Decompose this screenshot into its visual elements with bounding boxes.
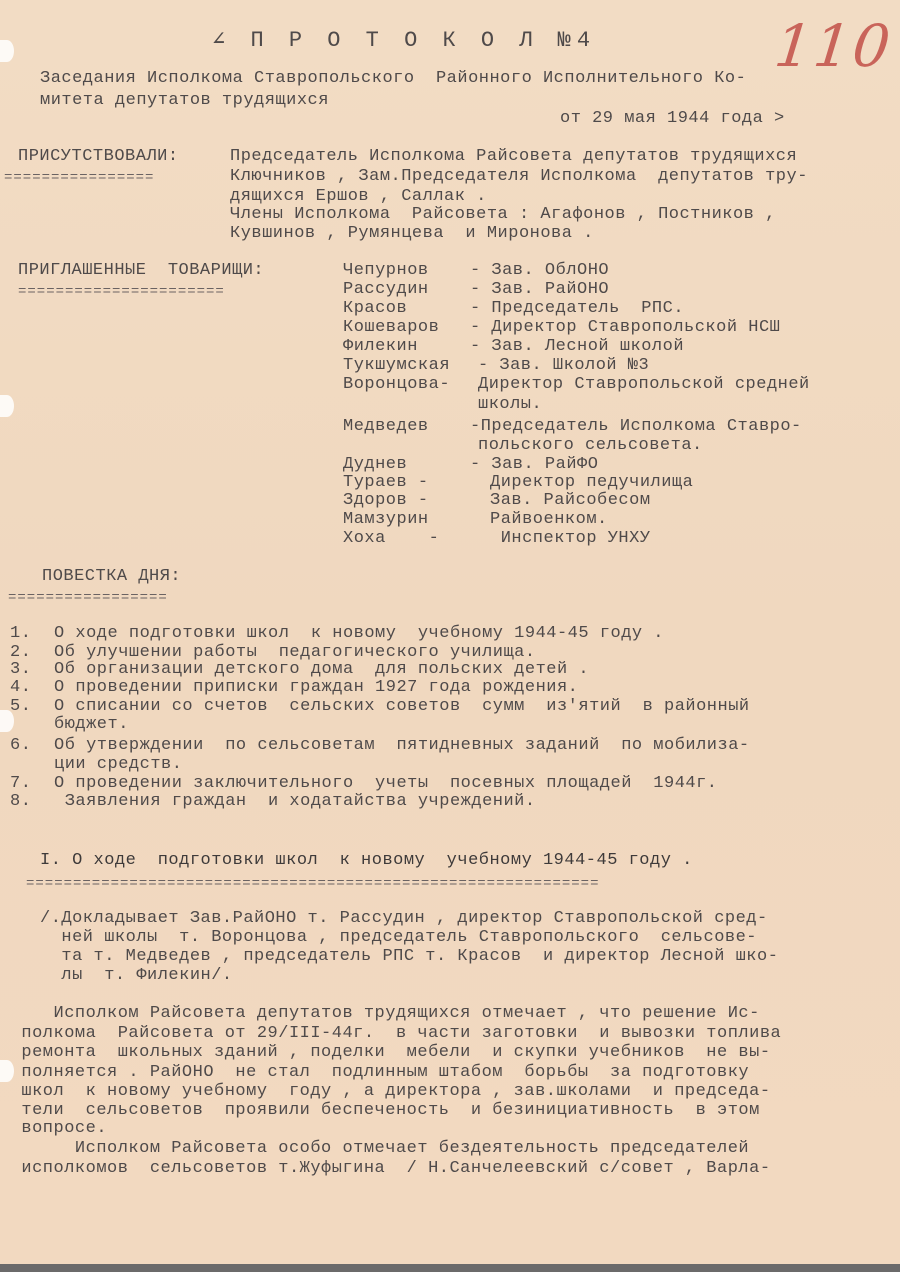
invited-name: Медведев: [343, 418, 429, 436]
invited-name: Здоров -: [343, 492, 429, 510]
paragraph-line: ремонта школьных зданий , поделки мебели…: [0, 1044, 771, 1062]
subtitle-line: Заседания Исполкома Ставропольского Райо…: [40, 70, 746, 88]
folio-number: 110: [771, 12, 895, 80]
paragraph-line: Исполком Райсовета депутатов трудящихся …: [0, 1005, 760, 1023]
invited-role: - Директор Ставропольской НСШ: [470, 319, 780, 337]
agenda-item: О списании со счетов сельских советов су…: [54, 698, 750, 716]
section-heading: I. О ходе подготовки школ к новому учебн…: [40, 852, 693, 870]
invited-name: Чепурнов: [343, 262, 429, 280]
paragraph-line: школ к новому учебному году , а директор…: [0, 1083, 771, 1101]
invited-name: Хоха -: [343, 530, 439, 548]
invited-role-cont: школы.: [478, 396, 542, 414]
agenda-underline: =================: [8, 592, 168, 604]
punch-hole: [0, 40, 14, 62]
invited-role: Инспектор УНХУ: [490, 530, 651, 548]
agenda-item-number: 8.: [10, 793, 31, 811]
agenda-item-number: 1.: [10, 625, 31, 643]
invited-role: - Зав. Школой №3: [478, 357, 649, 375]
invited-name: Воронцова-: [343, 376, 450, 394]
invited-role: -Председатель Исполкома Ставро-: [470, 418, 802, 436]
present-line: дящихся Ершов , Саллак .: [230, 188, 487, 206]
invited-role: - Зав. Лесной школой: [470, 338, 684, 356]
agenda-item: Заявления граждан и ходатайства учрежден…: [54, 793, 536, 811]
present-line: Члены Исполкома Райсовета : Агафонов , П…: [230, 206, 776, 224]
present-underline: ================: [4, 172, 154, 184]
invited-role: - Зав. РайОНО: [470, 281, 609, 299]
invited-role: - Председатель РПС.: [470, 300, 684, 318]
agenda-item: О проведении заключительного учеты посев…: [54, 775, 718, 793]
agenda-item-number: 5.: [10, 698, 31, 716]
paragraph-line: вопросе.: [0, 1120, 107, 1138]
present-line: Председатель Исполкома Райсовета депутат…: [230, 148, 797, 166]
invited-role: Зав. Райсобесом: [490, 492, 651, 510]
report-line: ней школы т. Воронцова , председатель Ст…: [40, 929, 757, 947]
invited-label: ПРИГЛАШЕННЫЕ ТОВАРИЩИ:: [18, 262, 264, 280]
section-underline: ========================================…: [26, 878, 599, 890]
invited-name: Рассудин: [343, 281, 429, 299]
agenda-item: Об организации детского дома для польски…: [54, 661, 589, 679]
invited-role: Директор Ставропольской средней: [478, 376, 810, 394]
agenda-item: О ходе подготовки школ к новому учебному…: [54, 625, 664, 643]
invited-name: Тукшумская: [343, 357, 450, 375]
paragraph-line: полняется . РайОНО не стал подлинным шта…: [0, 1064, 749, 1082]
subtitle-line: митета депутатов трудящихся: [40, 92, 329, 110]
invited-name: Дуднев: [343, 456, 407, 474]
report-line: лы т. Филекин/.: [40, 967, 233, 985]
invited-role: - Зав. ОблОНО: [470, 262, 609, 280]
invited-name: Тураев -: [343, 474, 429, 492]
agenda-item-cont: ции средств.: [54, 756, 182, 774]
agenda-label: ПОВЕСТКА ДНЯ:: [42, 568, 181, 586]
paragraph-line: полкома Райсовета от 29/III-44г. в части…: [0, 1025, 781, 1043]
report-line: та т. Медведев , председатель РПС т. Кра…: [40, 948, 778, 966]
invited-role: Директор педучилища: [490, 474, 693, 492]
agenda-item: О проведении приписки граждан 1927 года …: [54, 679, 578, 697]
invited-name: Мамзурин: [343, 511, 429, 529]
agenda-item: Об утверждении по сельсоветам пятидневны…: [54, 737, 750, 755]
invited-underline: ======================: [18, 286, 225, 298]
invited-role: - Зав. РайФО: [470, 456, 598, 474]
document-page: 110 ∠ П Р О Т О К О Л №4 Заседания Испол…: [0, 0, 900, 1264]
agenda-item-number: 4.: [10, 679, 31, 697]
document-date: от 29 мая 1944 года >: [560, 110, 785, 128]
agenda-item-number: 3.: [10, 661, 31, 679]
agenda-item-cont: бюджет.: [54, 716, 129, 734]
report-line: /.Докладывает Зав.РайОНО т. Рассудин , д…: [40, 910, 768, 928]
agenda-item-number: 7.: [10, 775, 31, 793]
agenda-item-number: 6.: [10, 737, 31, 755]
punch-hole: [0, 395, 14, 417]
present-line: Ключников , Зам.Председателя Исполкома д…: [230, 168, 808, 186]
invited-name: Филекин: [343, 338, 418, 356]
invited-role-cont: польского сельсовета.: [478, 437, 703, 455]
scan-bottom-edge: [0, 1264, 900, 1272]
paragraph-line: тели сельсоветов проявили беспеченость и…: [0, 1102, 760, 1120]
paragraph-line: Исполком Райсовета особо отмечает бездея…: [0, 1140, 749, 1158]
present-label: ПРИСУТСТВОВАЛИ:: [18, 148, 179, 166]
document-title: ∠ П Р О Т О К О Л №4: [212, 32, 596, 50]
invited-name: Красов: [343, 300, 407, 318]
invited-role: Райвоенком.: [490, 511, 608, 529]
present-line: Кувшинов , Румянцева и Миронова .: [230, 225, 594, 243]
paragraph-line: исполкомов сельсоветов т.Жуфыгина / Н.Са…: [0, 1160, 771, 1178]
invited-name: Кошеваров: [343, 319, 439, 337]
